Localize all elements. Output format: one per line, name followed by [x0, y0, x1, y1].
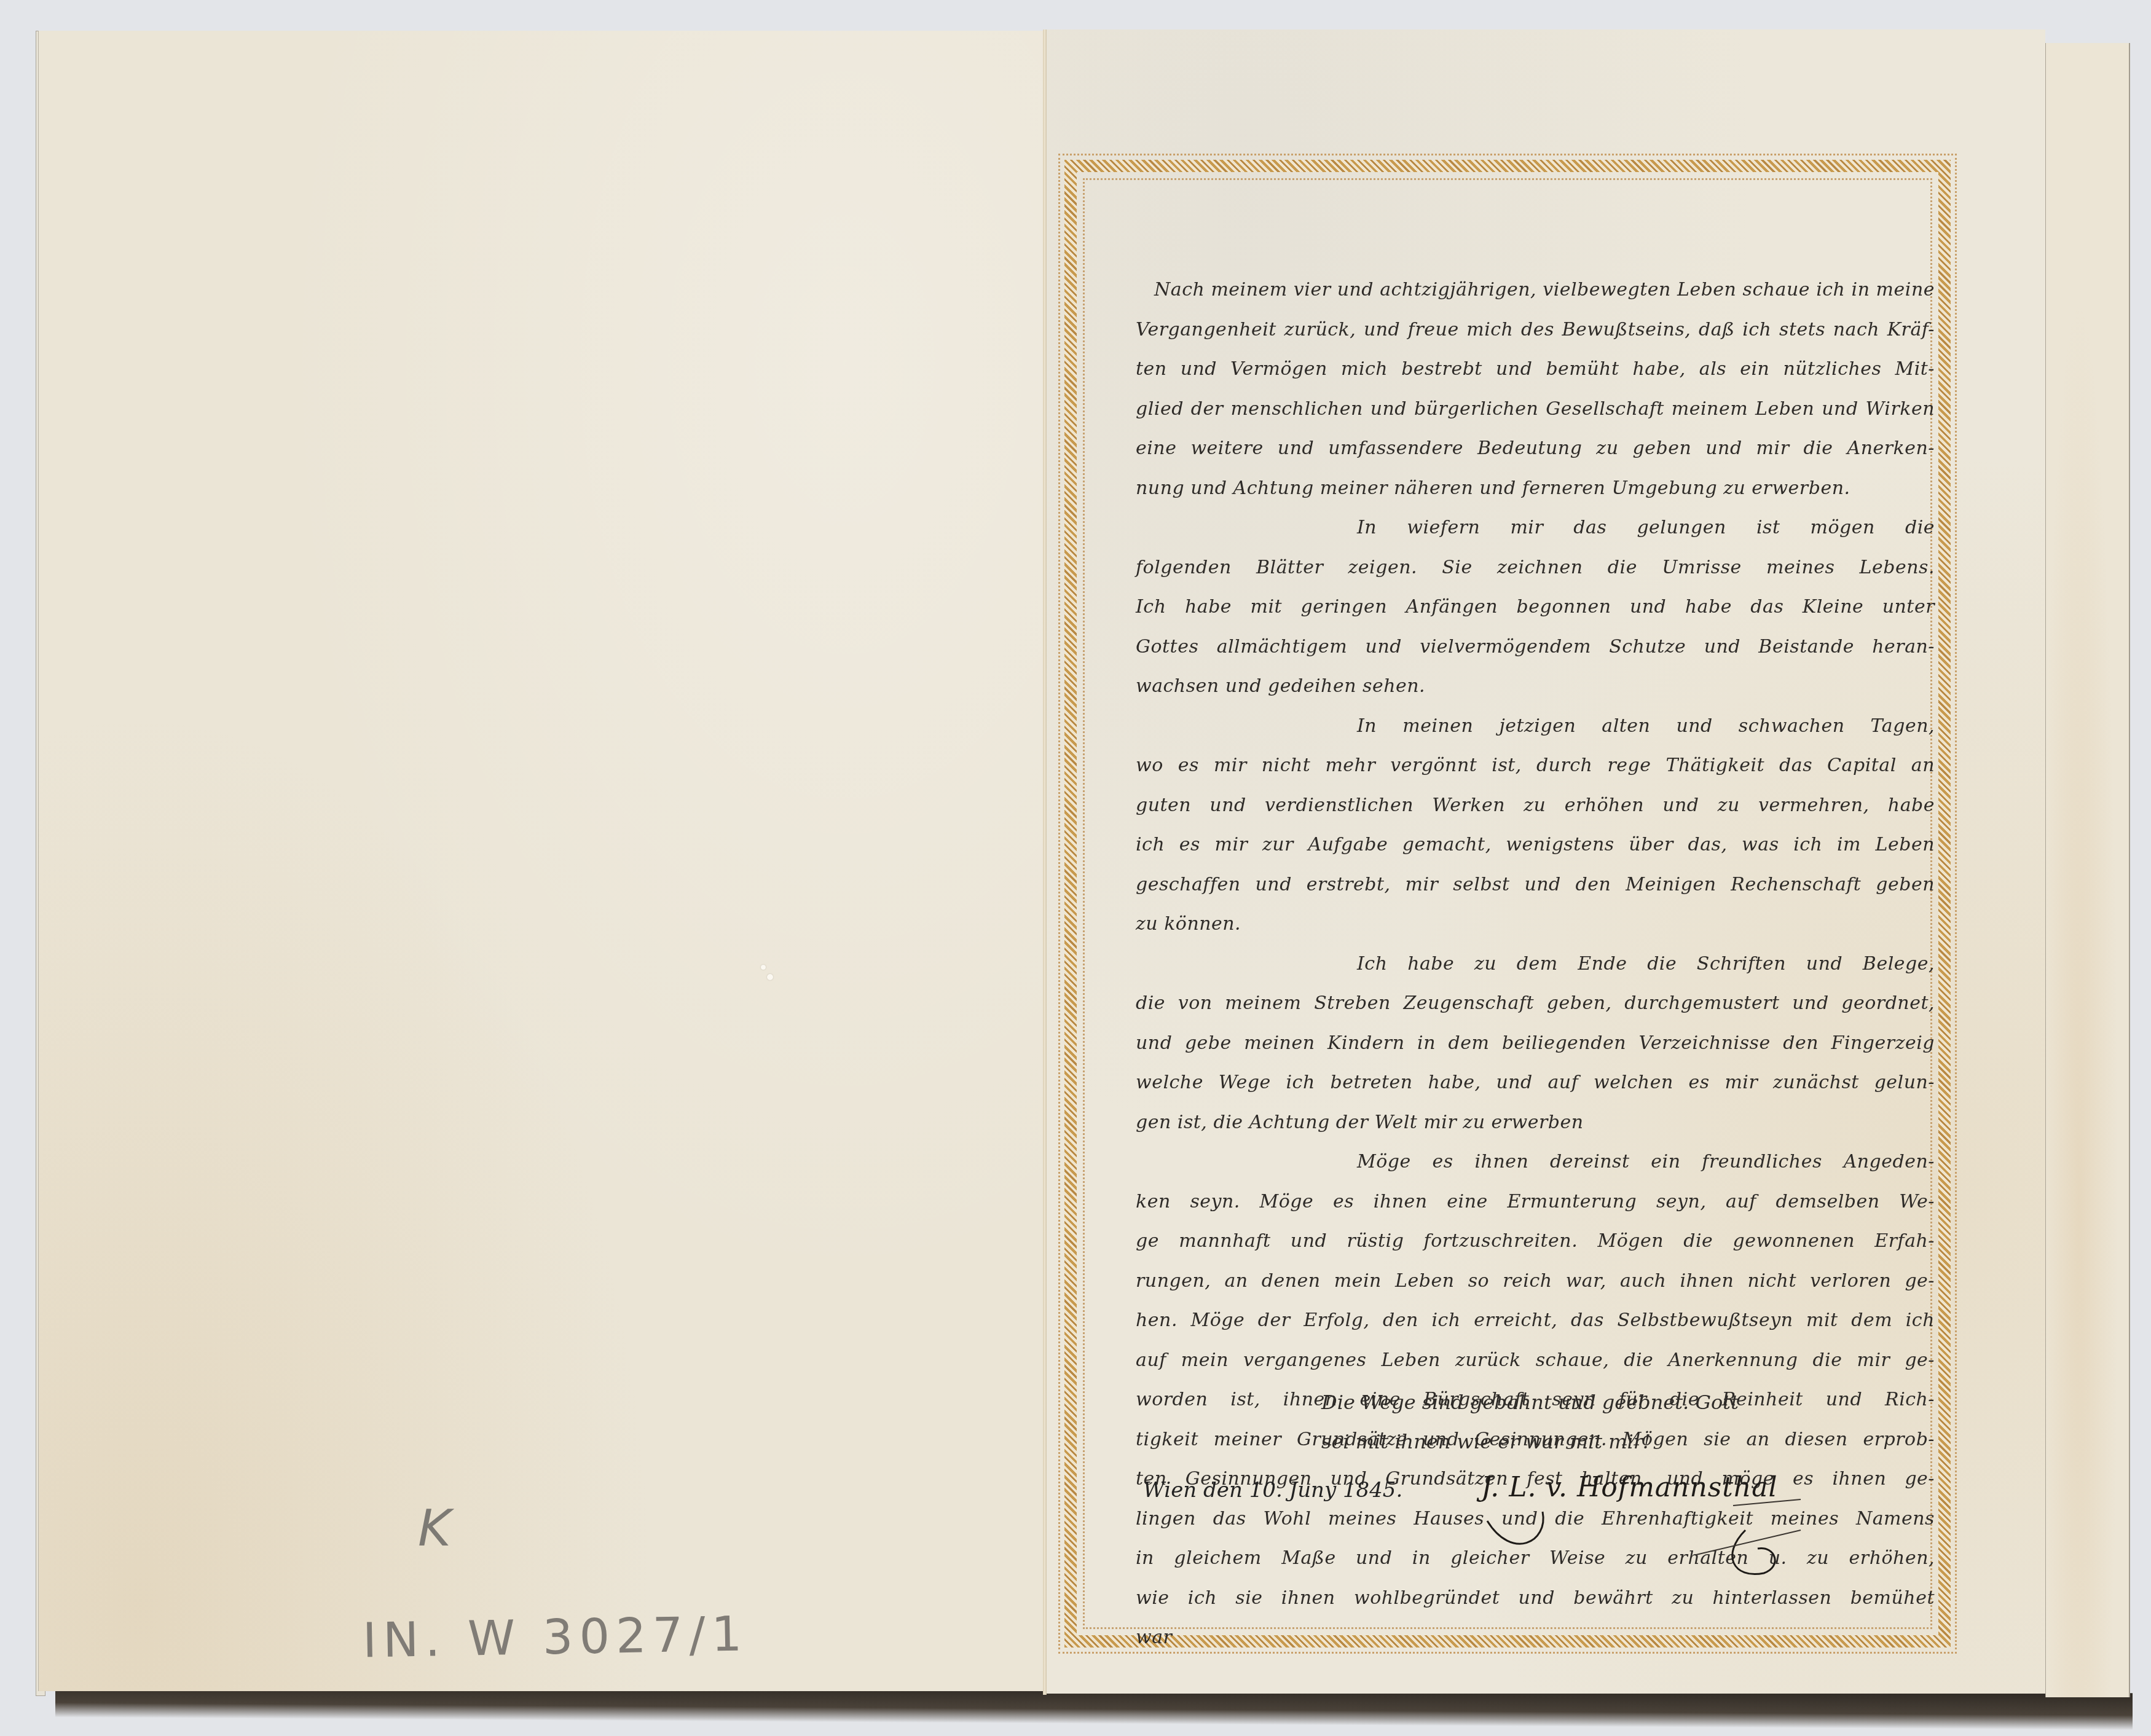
text-line: ken seyn. Möge es ihnen eine Ermunterung…	[1136, 1182, 1935, 1222]
emboss-mark	[761, 965, 766, 970]
text-line: zu können.	[1136, 905, 1935, 945]
place-date: Wien den 10. Juny 1845.	[1143, 1478, 1402, 1502]
shelfmark-annotation: IN. W 3027/1	[362, 1607, 749, 1669]
folded-flap	[2045, 43, 2130, 1697]
text-line: Möge es ihnen dereinst ein freundliches …	[1136, 1142, 1935, 1182]
text-line: hen. Möge der Erfolg, den ich erreicht, …	[1136, 1301, 1935, 1341]
emboss-mark	[767, 974, 773, 980]
text-line: und gebe meinen Kindern in dem beiliegen…	[1136, 1024, 1935, 1064]
text-line: glied der menschlichen und bürgerlichen …	[1136, 390, 1935, 430]
text-line: welche Wege ich betreten habe, und auf w…	[1136, 1063, 1935, 1103]
text-line: Ich habe zu dem Ende die Schriften und B…	[1136, 945, 1935, 984]
text-line: war	[1136, 1618, 1935, 1658]
closing-line: sei mit ihnen wie er war mit mir!	[1321, 1422, 1739, 1461]
text-line: In meinen jetzigen alten und schwachen T…	[1136, 707, 1935, 747]
closing-blessing: Die Wege sind gebahnt und geebnet. Gott …	[1321, 1383, 1739, 1461]
text-line: folgenden Blätter zeigen. Sie zeichnen d…	[1136, 548, 1935, 588]
text-line: In wiefern mir das gelungen ist mögen di…	[1136, 508, 1935, 548]
signature-flourish-icon	[1475, 1487, 1844, 1585]
text-line: Gottes allmächtigem und vielvermögendem …	[1136, 627, 1935, 667]
text-line: geschaffen und erstrebt, mir selbst und …	[1136, 865, 1935, 905]
text-line: guten und verdienstlichen Werken zu erhö…	[1136, 786, 1935, 826]
text-line: wachsen und gedeihen sehen.	[1136, 667, 1935, 707]
text-line: ge mannhaft und rüstig fortzuschreiten. …	[1136, 1222, 1935, 1262]
text-line: wo es mir nicht mehr vergönnt ist, durch…	[1136, 746, 1935, 786]
text-line: Nach meinem vier und achtzigjährigen, vi…	[1136, 270, 1935, 310]
text-line: Ich habe mit geringen Anfängen begonnen …	[1136, 587, 1935, 627]
text-line: Vergangenheit zurück, und freue mich des…	[1136, 310, 1935, 350]
text-line: ten und Vermögen mich bestrebt und bemüh…	[1136, 350, 1935, 390]
left-page	[38, 31, 1047, 1691]
closing-line: Die Wege sind gebahnt und geebnet. Gott	[1321, 1383, 1739, 1422]
text-line: die von meinem Streben Zeugenschaft gebe…	[1136, 984, 1935, 1024]
text-line: ich es mir zur Aufgabe gemacht, wenigste…	[1136, 825, 1935, 865]
pencil-initial: K	[418, 1499, 451, 1558]
text-line: nung und Achtung meiner näheren und fern…	[1136, 469, 1935, 509]
text-line: gen ist, die Achtung der Welt mir zu erw…	[1136, 1103, 1935, 1143]
text-line: rungen, an denen mein Leben so reich war…	[1136, 1262, 1935, 1302]
text-line: auf mein vergangenes Leben zurück schaue…	[1136, 1341, 1935, 1381]
text-line: eine weitere und umfassendere Bedeutung …	[1136, 429, 1935, 469]
